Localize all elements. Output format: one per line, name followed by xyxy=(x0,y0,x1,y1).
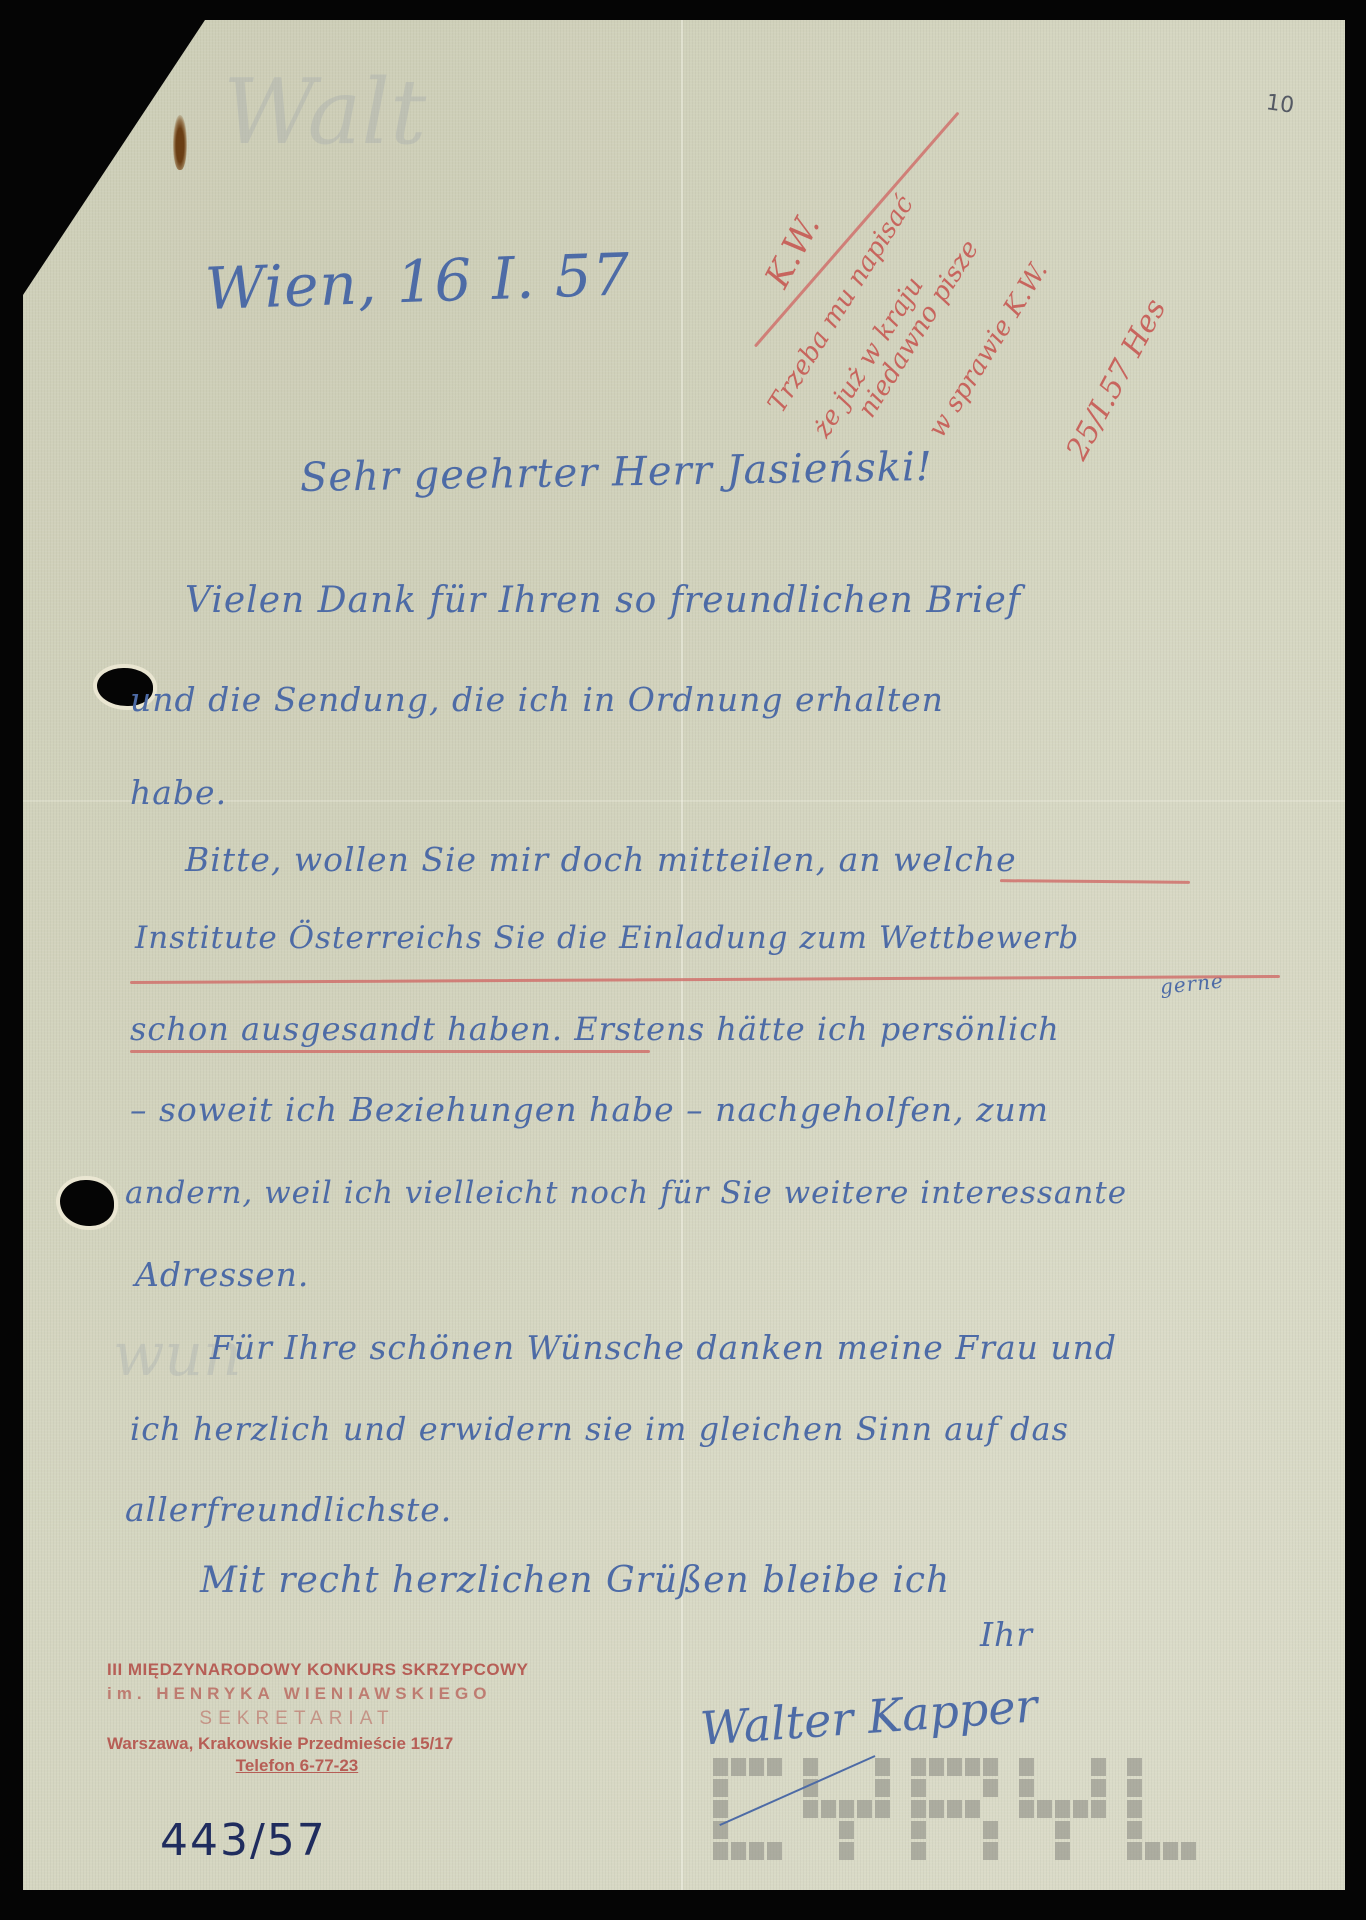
watermark-cell xyxy=(1145,1821,1160,1839)
stamp-line-4: Warszawa, Krakowskie Przedmieście 15/17 xyxy=(107,1734,487,1754)
watermark-cell xyxy=(965,1800,980,1818)
watermark-cell xyxy=(1109,1842,1124,1860)
watermark-cell xyxy=(749,1758,764,1776)
watermark-cell xyxy=(713,1842,728,1860)
watermark-cell xyxy=(965,1758,980,1776)
watermark-cell xyxy=(1001,1842,1016,1860)
watermark-cell xyxy=(767,1779,782,1797)
watermark-cell xyxy=(1019,1758,1034,1776)
watermark-cell xyxy=(1163,1779,1178,1797)
watermark-cell xyxy=(1073,1758,1088,1776)
watermark-cell xyxy=(1109,1800,1124,1818)
watermark-cell xyxy=(983,1821,998,1839)
watermark-cell xyxy=(947,1821,962,1839)
watermark-cell xyxy=(1037,1758,1052,1776)
watermark-cell xyxy=(965,1842,980,1860)
watermark-cell xyxy=(1001,1779,1016,1797)
watermark-cell xyxy=(1055,1800,1070,1818)
watermark-cell xyxy=(1181,1758,1196,1776)
watermark-cell xyxy=(947,1779,962,1797)
watermark-cell xyxy=(947,1758,962,1776)
body-line-4: Bitte, wollen Sie mir doch mitteilen, an… xyxy=(185,840,1017,879)
stamp-line-5: Telefon 6-77-23 xyxy=(107,1756,487,1776)
watermark-cell xyxy=(713,1800,728,1818)
watermark-cell xyxy=(1163,1800,1178,1818)
watermark-cell xyxy=(875,1821,890,1839)
body-line-11: ich herzlich und erwidern sie im gleiche… xyxy=(130,1410,1069,1448)
watermark-cell xyxy=(1091,1842,1106,1860)
watermark-cell xyxy=(1091,1800,1106,1818)
body-line-9: Adressen. xyxy=(135,1255,309,1294)
watermark-cell xyxy=(803,1800,818,1818)
watermark-cell xyxy=(1019,1821,1034,1839)
watermark-cell xyxy=(983,1779,998,1797)
watermark-cell xyxy=(821,1821,836,1839)
watermark-cell xyxy=(857,1842,872,1860)
watermark-cell xyxy=(1145,1842,1160,1860)
watermark-cell xyxy=(1091,1758,1106,1776)
watermark-cell xyxy=(1181,1779,1196,1797)
watermark-cell xyxy=(821,1800,836,1818)
watermark-cell xyxy=(1055,1821,1070,1839)
watermark-cell xyxy=(785,1758,800,1776)
watermark-cell xyxy=(1163,1758,1178,1776)
watermark-cell xyxy=(983,1758,998,1776)
watermark-cell xyxy=(731,1779,746,1797)
watermark-cell xyxy=(1127,1779,1142,1797)
punch-hole-bottom xyxy=(60,1180,114,1226)
watermark-cell xyxy=(1073,1842,1088,1860)
watermark-cell xyxy=(893,1800,908,1818)
body-line-10: Für Ihre schönen Wünsche danken meine Fr… xyxy=(210,1328,1117,1367)
watermark-cell xyxy=(947,1800,962,1818)
watermark-cell xyxy=(875,1842,890,1860)
watermark-cell xyxy=(1055,1842,1070,1860)
watermark-cell xyxy=(911,1800,926,1818)
body-line-1: Vielen Dank für Ihren so freundlichen Br… xyxy=(185,580,1021,621)
ink-stain xyxy=(173,115,187,170)
stamp-line-1: III MIĘDZYNARODOWY KONKURS SKRZYPCOWY xyxy=(107,1660,487,1680)
watermark-cell xyxy=(1127,1800,1142,1818)
watermark-cell xyxy=(1037,1800,1052,1818)
watermark-cell xyxy=(1145,1800,1160,1818)
watermark-cell xyxy=(1109,1779,1124,1797)
watermark-cell xyxy=(1055,1758,1070,1776)
watermark-cell xyxy=(839,1800,854,1818)
watermark-cell xyxy=(1145,1779,1160,1797)
watermark-cell xyxy=(1037,1842,1052,1860)
watermark-cell xyxy=(929,1779,944,1797)
watermark-cell xyxy=(1163,1842,1178,1860)
watermark-cell xyxy=(857,1800,872,1818)
watermark-cell xyxy=(731,1821,746,1839)
watermark-cell xyxy=(929,1800,944,1818)
watermark-cell xyxy=(947,1842,962,1860)
watermark-cell xyxy=(821,1842,836,1860)
page-number: 10 xyxy=(1264,90,1295,119)
watermark-cell xyxy=(893,1758,908,1776)
watermark-cell xyxy=(1019,1842,1034,1860)
watermark-cell xyxy=(929,1842,944,1860)
body-line-7: – soweit ich Beziehungen habe – nachgeho… xyxy=(130,1090,1049,1129)
red-underline-3 xyxy=(130,1050,650,1053)
watermark-cell xyxy=(875,1779,890,1797)
watermark-cell xyxy=(1019,1800,1034,1818)
watermark-cell xyxy=(803,1821,818,1839)
watermark-cell xyxy=(893,1779,908,1797)
watermark-cell xyxy=(911,1842,926,1860)
watermark-cell xyxy=(875,1800,890,1818)
stamp-line-3: SEKRETARIAT xyxy=(107,1708,487,1730)
watermark-cell xyxy=(839,1779,854,1797)
watermark-cell xyxy=(965,1779,980,1797)
watermark-cell xyxy=(893,1821,908,1839)
body-line-12: allerfreundlichste. xyxy=(125,1490,452,1529)
watermark-cell xyxy=(1181,1800,1196,1818)
watermark-cell xyxy=(1163,1821,1178,1839)
watermark-cell xyxy=(749,1821,764,1839)
watermark-cell xyxy=(1037,1821,1052,1839)
watermark-cell xyxy=(857,1779,872,1797)
watermark-cell xyxy=(749,1779,764,1797)
watermark-cell xyxy=(1127,1821,1142,1839)
watermark-cell xyxy=(1073,1800,1088,1818)
watermark-cell xyxy=(965,1821,980,1839)
watermark-cell xyxy=(785,1842,800,1860)
watermark-cell xyxy=(983,1800,998,1818)
body-line-8: andern, weil ich vielleicht noch für Sie… xyxy=(125,1175,1127,1211)
watermark-cell xyxy=(713,1779,728,1797)
watermark-cell xyxy=(1127,1758,1142,1776)
watermark-cell xyxy=(767,1821,782,1839)
cyryl-watermark xyxy=(713,1758,1196,1860)
watermark-cell xyxy=(893,1842,908,1860)
watermark-cell xyxy=(1109,1821,1124,1839)
watermark-cell xyxy=(1001,1821,1016,1839)
watermark-cell xyxy=(911,1779,926,1797)
watermark-cell xyxy=(785,1800,800,1818)
watermark-cell xyxy=(1073,1821,1088,1839)
body-line-2: und die Sendung, die ich in Ordnung erha… xyxy=(130,680,944,719)
watermark-cell xyxy=(713,1758,728,1776)
watermark-cell xyxy=(1037,1779,1052,1797)
institution-stamp: III MIĘDZYNARODOWY KONKURS SKRZYPCOWY im… xyxy=(107,1660,487,1776)
watermark-cell xyxy=(731,1758,746,1776)
watermark-cell xyxy=(1109,1758,1124,1776)
body-line-3: habe. xyxy=(130,773,227,812)
closing-phrase: Mit recht herzlichen Grüßen bleibe ich xyxy=(200,1560,950,1601)
body-line-5: Institute Österreichs Sie die Einladung … xyxy=(135,920,1079,956)
watermark-cell xyxy=(857,1821,872,1839)
watermark-cell xyxy=(731,1842,746,1860)
watermark-cell xyxy=(1091,1779,1106,1797)
watermark-cell xyxy=(1055,1779,1070,1797)
watermark-cell xyxy=(767,1758,782,1776)
watermark-cell xyxy=(1073,1779,1088,1797)
watermark-cell xyxy=(1001,1758,1016,1776)
stamp-line-2: im. HENRYKA WIENIAWSKIEGO xyxy=(107,1684,487,1704)
catalog-number: 443/57 xyxy=(160,1815,327,1866)
watermark-cell xyxy=(821,1779,836,1797)
watermark-cell xyxy=(803,1758,818,1776)
watermark-cell xyxy=(875,1758,890,1776)
watermark-cell xyxy=(1001,1800,1016,1818)
watermark-cell xyxy=(911,1758,926,1776)
watermark-cell xyxy=(749,1842,764,1860)
bleed-through-text: Walt xyxy=(223,60,426,165)
watermark-cell xyxy=(911,1821,926,1839)
watermark-cell xyxy=(929,1821,944,1839)
watermark-cell xyxy=(1019,1779,1034,1797)
closing-ihr: Ihr xyxy=(980,1615,1033,1654)
body-line-6: schon ausgesandt haben. Erstens hätte ic… xyxy=(130,1010,1060,1048)
watermark-cell xyxy=(929,1758,944,1776)
watermark-cell xyxy=(1181,1821,1196,1839)
watermark-cell xyxy=(983,1842,998,1860)
watermark-cell xyxy=(839,1842,854,1860)
watermark-cell xyxy=(1091,1821,1106,1839)
watermark-cell xyxy=(1127,1842,1142,1860)
watermark-cell xyxy=(1181,1842,1196,1860)
watermark-cell xyxy=(1145,1758,1160,1776)
watermark-cell xyxy=(785,1821,800,1839)
watermark-cell xyxy=(839,1821,854,1839)
watermark-cell xyxy=(767,1842,782,1860)
watermark-cell xyxy=(803,1842,818,1860)
